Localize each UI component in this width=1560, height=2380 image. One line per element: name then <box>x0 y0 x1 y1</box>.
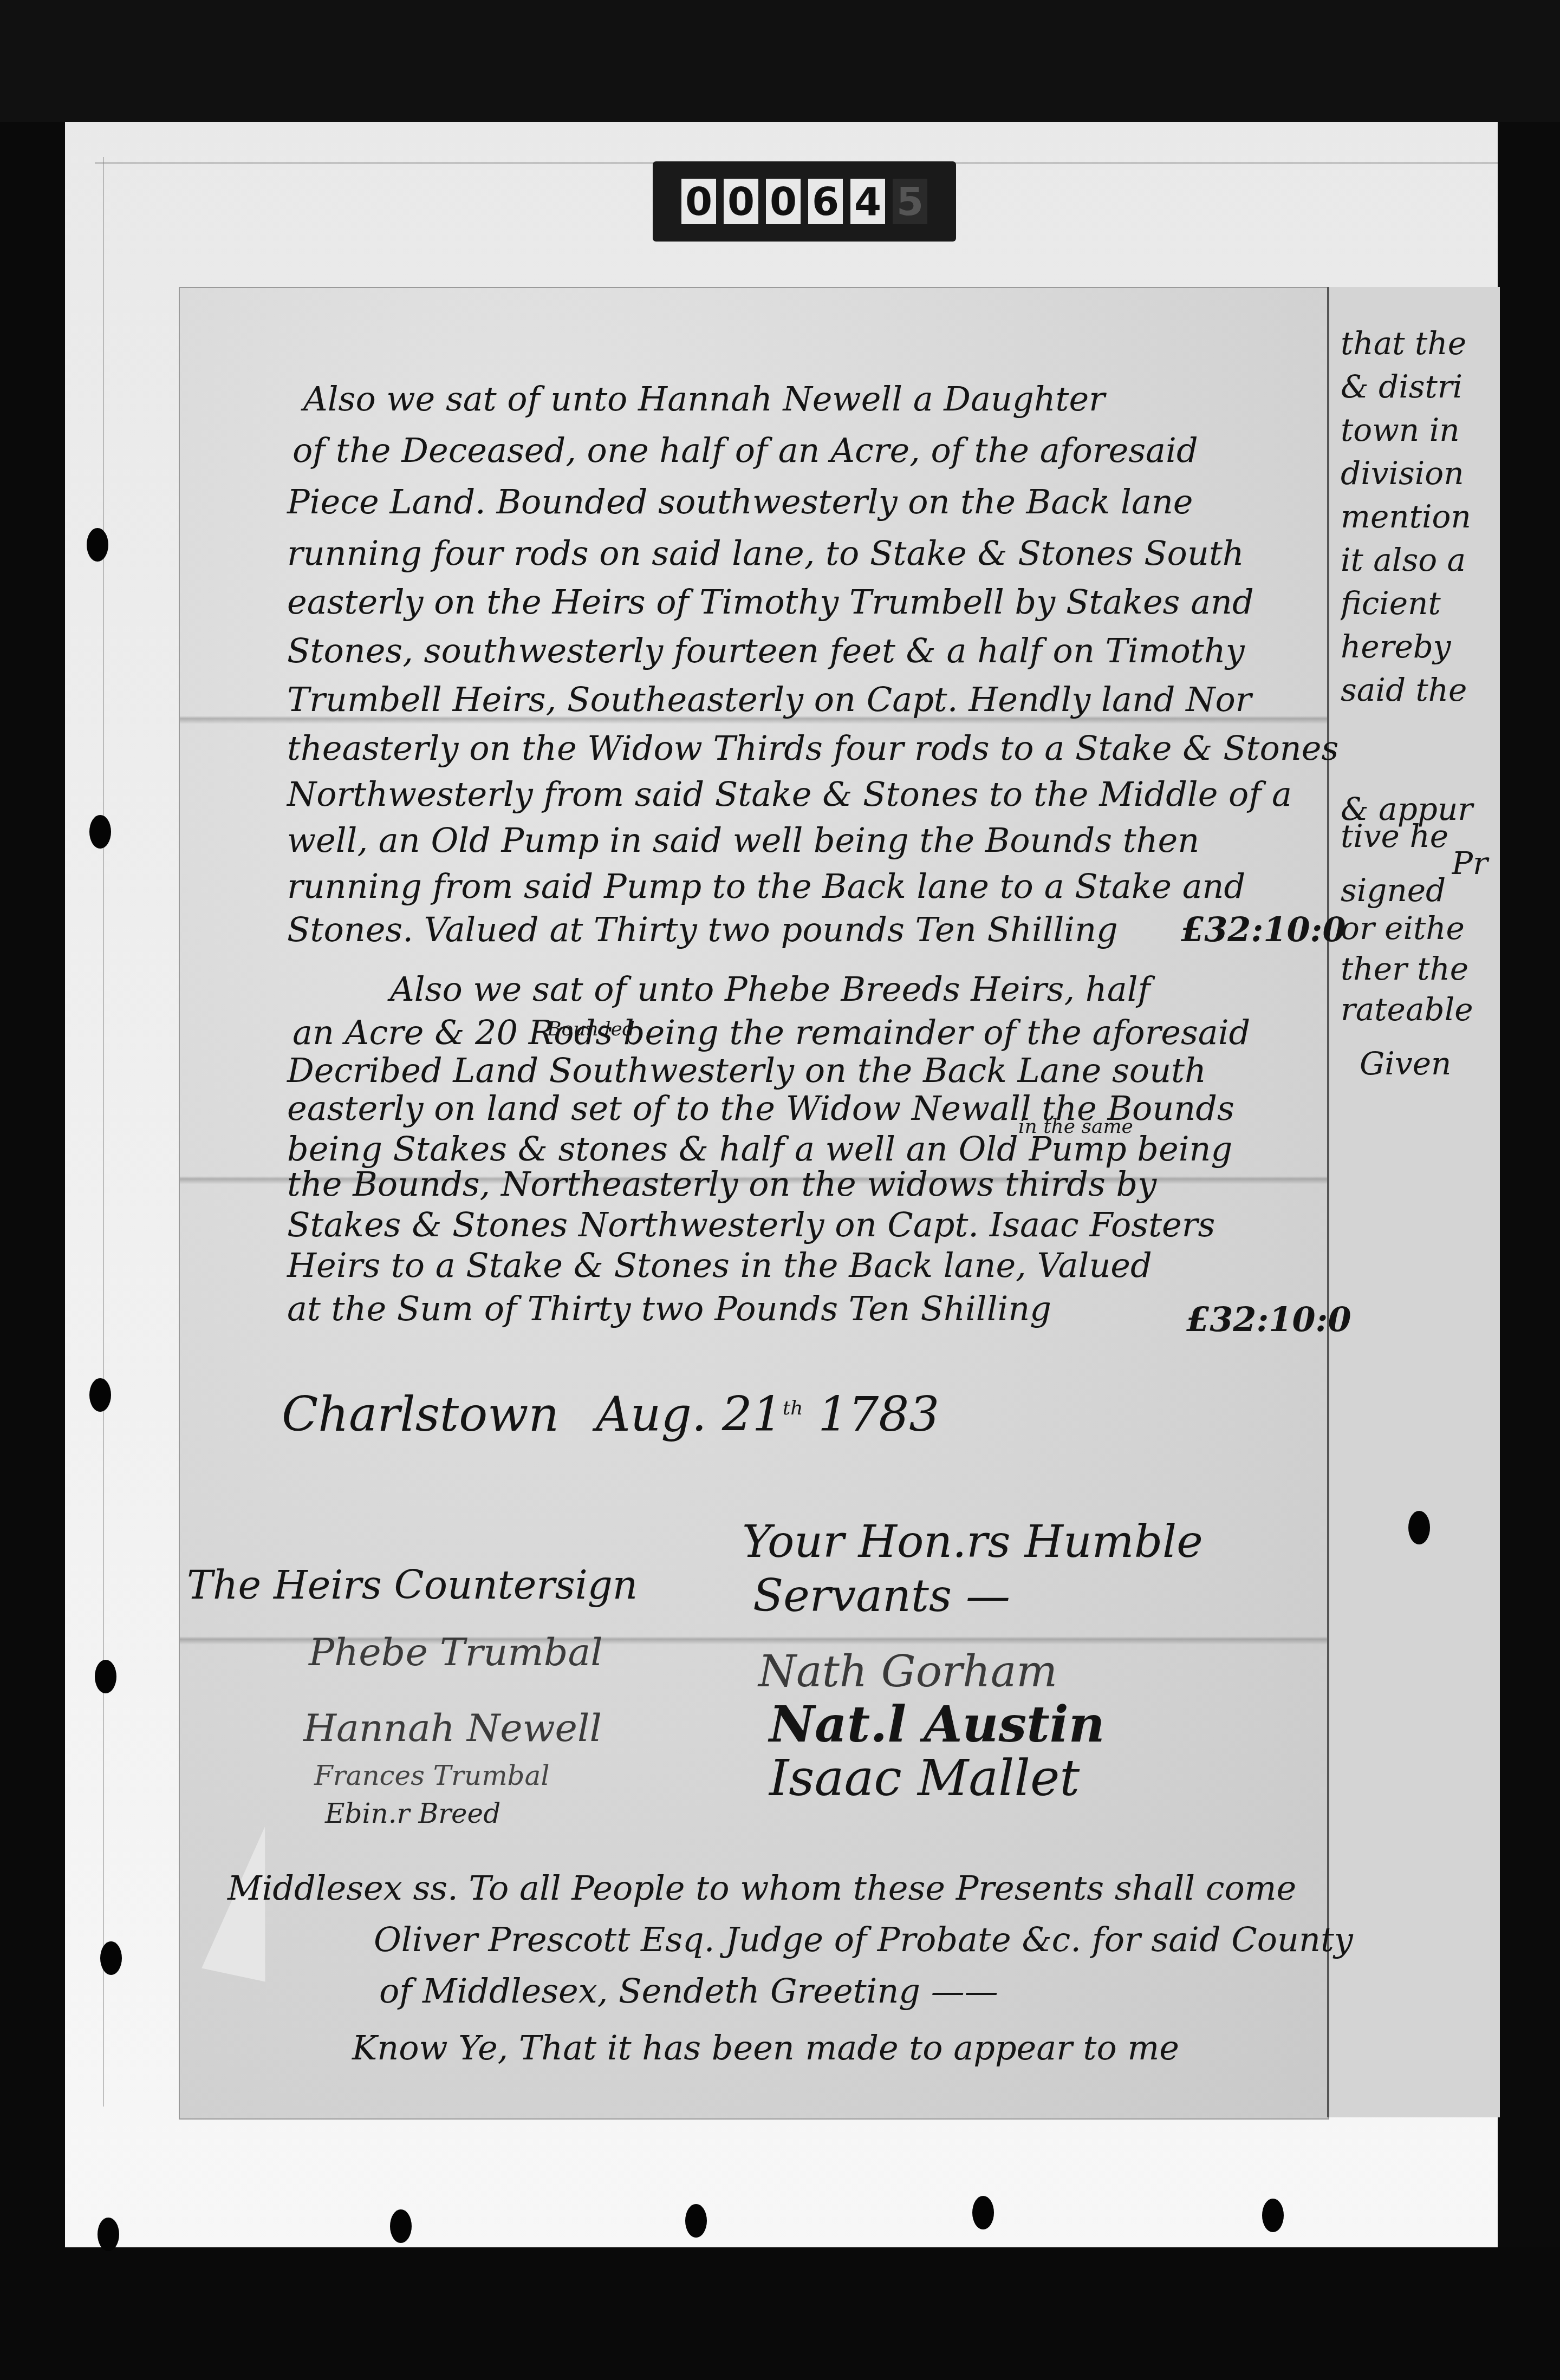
adjacent-text-fragment: signed <box>1341 872 1492 909</box>
punch-hole <box>685 2204 707 2238</box>
reel-digit: 0 <box>766 179 801 224</box>
punch-hole <box>972 2196 994 2229</box>
punch-hole <box>100 1941 122 1975</box>
date-day: 21 <box>722 1386 783 1442</box>
text-line: running from said Pump to the Back lane … <box>287 866 1245 906</box>
adjacent-text-fragment: said the <box>1341 671 1492 708</box>
reel-digit: 0 <box>681 179 716 224</box>
adjacent-text-fragment: town in <box>1341 412 1492 448</box>
valuation-amount: £32:10:0 <box>1186 1300 1351 1339</box>
punch-hole <box>1262 2199 1284 2232</box>
punch-hole <box>89 1378 111 1412</box>
text-line: Piece Land. Bounded southwesterly on the… <box>287 482 1193 521</box>
signature: Ebin.r Breed <box>325 1798 500 1829</box>
reel-digit: 4 <box>850 179 885 224</box>
text-line: Oliver Prescott Esq. Judge of Probate &c… <box>374 1920 1353 1959</box>
punch-hole <box>97 2218 119 2251</box>
reel-frame-number: 0 0 0 6 4 5 <box>653 161 956 242</box>
text-line: Stakes & Stones Northwesterly on Capt. I… <box>287 1205 1215 1244</box>
signature: Hannah Newell <box>303 1706 602 1750</box>
text-line: easterly on the Heirs of Timothy Trumbel… <box>287 582 1254 622</box>
signature: Nat.l Austin <box>769 1695 1105 1753</box>
adjacent-text-fragment: rateable <box>1341 991 1492 1028</box>
closing-line: Your Hon.rs Humble <box>742 1516 1203 1568</box>
adjacent-text-fragment: that the <box>1341 325 1492 362</box>
text-line: of Middlesex, Sendeth Greeting —— <box>379 1971 998 2011</box>
text-line: Middlesex ss. To all People to whom thes… <box>227 1868 1296 1908</box>
punch-hole <box>89 815 111 849</box>
text-line: of the Deceased, one half of an Acre, of… <box>292 431 1198 470</box>
place-name: Charlstown <box>282 1386 559 1442</box>
text-line: Stones. Valued at Thirty two pounds Ten … <box>287 910 1118 949</box>
film-border-right <box>1498 122 1560 2247</box>
text-line: the Bounds, Northeasterly on the widows … <box>287 1164 1156 1204</box>
heirs-heading: The Heirs Countersign <box>187 1562 638 1608</box>
punch-hole <box>390 2209 412 2243</box>
text-line: theasterly on the Widow Thirds four rods… <box>287 728 1338 768</box>
text-line: well, an Old Pump in said well being the… <box>287 820 1199 860</box>
adjacent-text-fragment: & distri <box>1341 368 1492 405</box>
date-month: Aug. <box>596 1386 707 1442</box>
text-line: Know Ye, That it has been made to appear… <box>352 2028 1179 2068</box>
text-line: at the Sum of Thirty two Pounds Ten Shil… <box>287 1289 1051 1328</box>
date-day-suffix: th <box>783 1397 803 1419</box>
signature: Nath Gorham <box>758 1646 1057 1697</box>
text-line: an Acre & 20 Rods being the remainder of… <box>292 1013 1250 1052</box>
date-year: 1783 <box>818 1386 939 1442</box>
adjacent-text-fragment: or eithe <box>1341 910 1492 947</box>
adjacent-text-fragment: hereby <box>1341 628 1492 665</box>
punch-hole <box>95 1660 116 1693</box>
text-line: Stones, southwesterly fourteen feet & a … <box>287 631 1245 670</box>
date-line: Charlstown Aug. 21th 1783 <box>282 1386 939 1442</box>
film-border-top <box>0 0 1560 122</box>
valuation-amount: £32:10:0 <box>1181 910 1346 949</box>
adjacent-text-fragment: ficient <box>1341 585 1492 622</box>
reel-digit: 6 <box>808 179 843 224</box>
signature: Phebe Trumbal <box>309 1630 603 1674</box>
signature: Isaac Mallet <box>769 1749 1080 1807</box>
signature: Frances Trumbal <box>314 1760 549 1791</box>
text-line: Trumbell Heirs, Southeasterly on Capt. H… <box>287 680 1251 719</box>
text-line: Northwesterly from said Stake & Stones t… <box>287 774 1292 814</box>
closing-line: Servants — <box>753 1570 1010 1622</box>
interlinear-insertion: Bounded <box>547 1018 635 1040</box>
punch-hole <box>1408 1511 1430 1544</box>
punch-hole <box>87 528 108 562</box>
frame-guide-line-vertical <box>103 157 104 2107</box>
reel-digit: 5 <box>893 179 927 224</box>
text-line: Heirs to a Stake & Stones in the Back la… <box>287 1246 1152 1285</box>
text-line: running four rods on said lane, to Stake… <box>287 533 1244 573</box>
text-line: Also we sat of unto Phebe Breeds Heirs, … <box>390 969 1150 1009</box>
adjacent-text-fragment: it also a <box>1341 542 1492 578</box>
adjacent-text-fragment: mention <box>1341 498 1492 535</box>
text-line: being Stakes & stones & half a well an O… <box>287 1129 1232 1169</box>
adjacent-text-fragment: Given <box>1360 1045 1511 1082</box>
text-line: Decribed Land Southwesterly on the Back … <box>287 1051 1206 1090</box>
adjacent-text-fragment: ther the <box>1341 950 1492 987</box>
adjacent-text-fragment: division <box>1341 455 1492 492</box>
text-line: Also we sat of unto Hannah Newell a Daug… <box>303 379 1105 419</box>
reel-digit: 0 <box>724 179 758 224</box>
